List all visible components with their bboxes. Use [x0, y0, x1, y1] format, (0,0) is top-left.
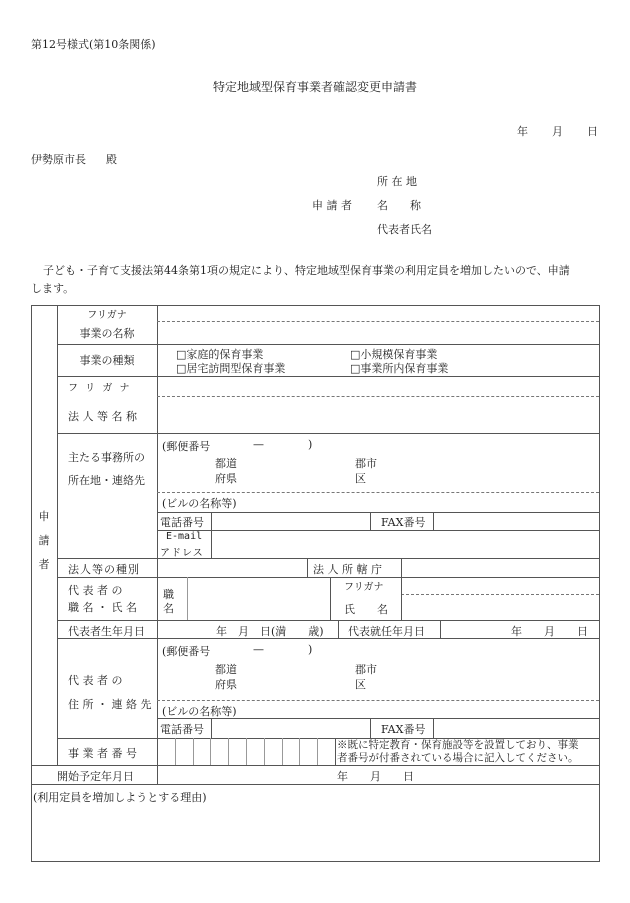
business-number-field[interactable] [158, 739, 335, 764]
header-date: 年月日 [517, 123, 598, 139]
applicant-name-label: 名 称 [377, 197, 421, 213]
rep-city-label-2: 区 [355, 676, 366, 692]
rep-building-label: (ビルの名称等) [162, 703, 237, 719]
office-building-label: (ビルの名称等) [162, 495, 237, 511]
office-prefecture-label-2: 府県 [215, 470, 237, 486]
addressee: 伊勢原市長殿 [31, 151, 117, 167]
rep-city-label-1: 郡市 [355, 661, 377, 677]
rep-address-label-1: 代 表 者 の [68, 672, 123, 688]
date-day: 日 [587, 125, 598, 138]
reason-label: (利用定員を増加しようとする理由) [33, 789, 207, 805]
rep-job-title-field[interactable] [188, 578, 329, 619]
reason-field[interactable] [32, 805, 598, 860]
business-number-label: 事 業 者 番 号 [68, 745, 137, 761]
rep-prefecture-label-1: 都道 [215, 661, 237, 677]
corp-furigana-field[interactable] [158, 377, 598, 395]
applicant-representative-label: 代表者氏名 [377, 221, 432, 237]
office-phone-label: 電話番号 [160, 514, 204, 530]
business-furigana-label: フリガナ [57, 305, 157, 321]
rep-birth-label: 代表者生年月日 [68, 623, 145, 639]
office-phone-field[interactable] [212, 513, 369, 529]
business-name-label: 事業の名称 [57, 321, 157, 344]
start-date-label: 開始予定年月日 [57, 768, 134, 784]
rep-prefecture-label-2: 府県 [215, 676, 237, 692]
rep-furigana-field[interactable] [402, 578, 598, 593]
rep-appoint-value[interactable]: 年 月 日 [511, 623, 588, 639]
office-city-label-2: 区 [355, 470, 366, 486]
office-prefecture-label-1: 都道 [215, 455, 237, 471]
rep-furigana-label: フリガナ [344, 578, 384, 593]
office-fax-label: FAX番号 [381, 514, 425, 530]
rep-postal-close: ) [308, 643, 312, 656]
rep-appoint-label: 代表就任年月日 [348, 623, 425, 639]
rep-name-label: 氏 名 [344, 601, 388, 617]
applicant-side-label: 申 請 者 [31, 505, 57, 577]
office-fax-field[interactable] [434, 513, 598, 529]
corp-name-field[interactable] [158, 397, 598, 432]
office-email-label-2: アドレス [160, 544, 204, 559]
corp-name-label: 法 人 等 名 称 [68, 408, 137, 424]
corp-authority-label: 法 人 所 轄 庁 [313, 561, 382, 577]
office-label-line2: 所在地・連絡先 [68, 472, 145, 488]
intro-text-line1: 子ども・子育て支援法第44条第1項の規定により、特定地域型保育事業の利用定員を増… [43, 262, 570, 278]
office-postal-close: ) [308, 438, 312, 451]
corp-furigana-label: フ リ ガ ナ [68, 379, 132, 394]
business-name-field[interactable] [158, 322, 598, 343]
applicant-address-label: 所 在 地 [377, 173, 417, 189]
rep-birth-value[interactable]: 年 月 日(満 歳) [216, 623, 324, 639]
rep-title-label-1: 代 表 者 の [68, 582, 123, 598]
rep-postal-label: (郵便番号 [162, 643, 210, 659]
rep-fax-label: FAX番号 [381, 721, 425, 737]
job-title-label-2: 名 [163, 600, 174, 616]
office-postal-label: (郵便番号 [162, 438, 210, 454]
honorific: 殿 [106, 153, 117, 166]
office-email-label-1: E-mail [166, 531, 202, 542]
rep-title-label-2: 職 名 ・ 氏 名 [68, 599, 137, 615]
intro-text-line2: します。 [31, 280, 74, 296]
date-month: 月 [552, 125, 563, 138]
office-email-field[interactable] [212, 531, 598, 557]
business-number-note: ※既に特定教育・保育施設等を設置しており、事業 者番号が付番されている場合に記入… [337, 739, 579, 765]
office-city-label-1: 郡市 [355, 455, 377, 471]
rep-name-field[interactable] [402, 595, 598, 619]
business-type-option-workplace[interactable]: □事業所内保育事業 [350, 360, 448, 376]
applicant-group-label: 申 請 者 [312, 197, 352, 213]
checkbox-icon[interactable]: □ [350, 362, 360, 375]
office-label-line1: 主たる事務所の [68, 449, 145, 465]
corp-type-label: 法人等の種別 [68, 561, 140, 577]
business-type-option-home-visit[interactable]: □居宅訪問型保育事業 [176, 360, 285, 376]
form-number: 第12号様式(第10条関係) [31, 36, 156, 52]
date-year: 年 [517, 125, 528, 138]
rep-address-label-2: 住 所 ・ 連 絡 先 [68, 696, 151, 712]
page-title: 特定地域型保育事業者確認変更申請書 [0, 78, 630, 95]
addressee-name: 伊勢原市長 [31, 153, 86, 166]
corp-authority-field[interactable] [402, 559, 598, 576]
checkbox-icon[interactable]: □ [176, 362, 186, 375]
business-furigana-field[interactable] [158, 306, 598, 320]
corp-type-field[interactable] [158, 559, 306, 576]
rep-postal-dash: — [253, 643, 264, 656]
business-type-label: 事業の種類 [57, 344, 157, 376]
rep-phone-label: 電話番号 [160, 721, 204, 737]
rep-fax-field[interactable] [434, 719, 598, 737]
start-date-value[interactable]: 年 月 日 [337, 768, 414, 784]
rep-phone-field[interactable] [212, 719, 369, 737]
office-postal-dash: — [253, 438, 264, 451]
